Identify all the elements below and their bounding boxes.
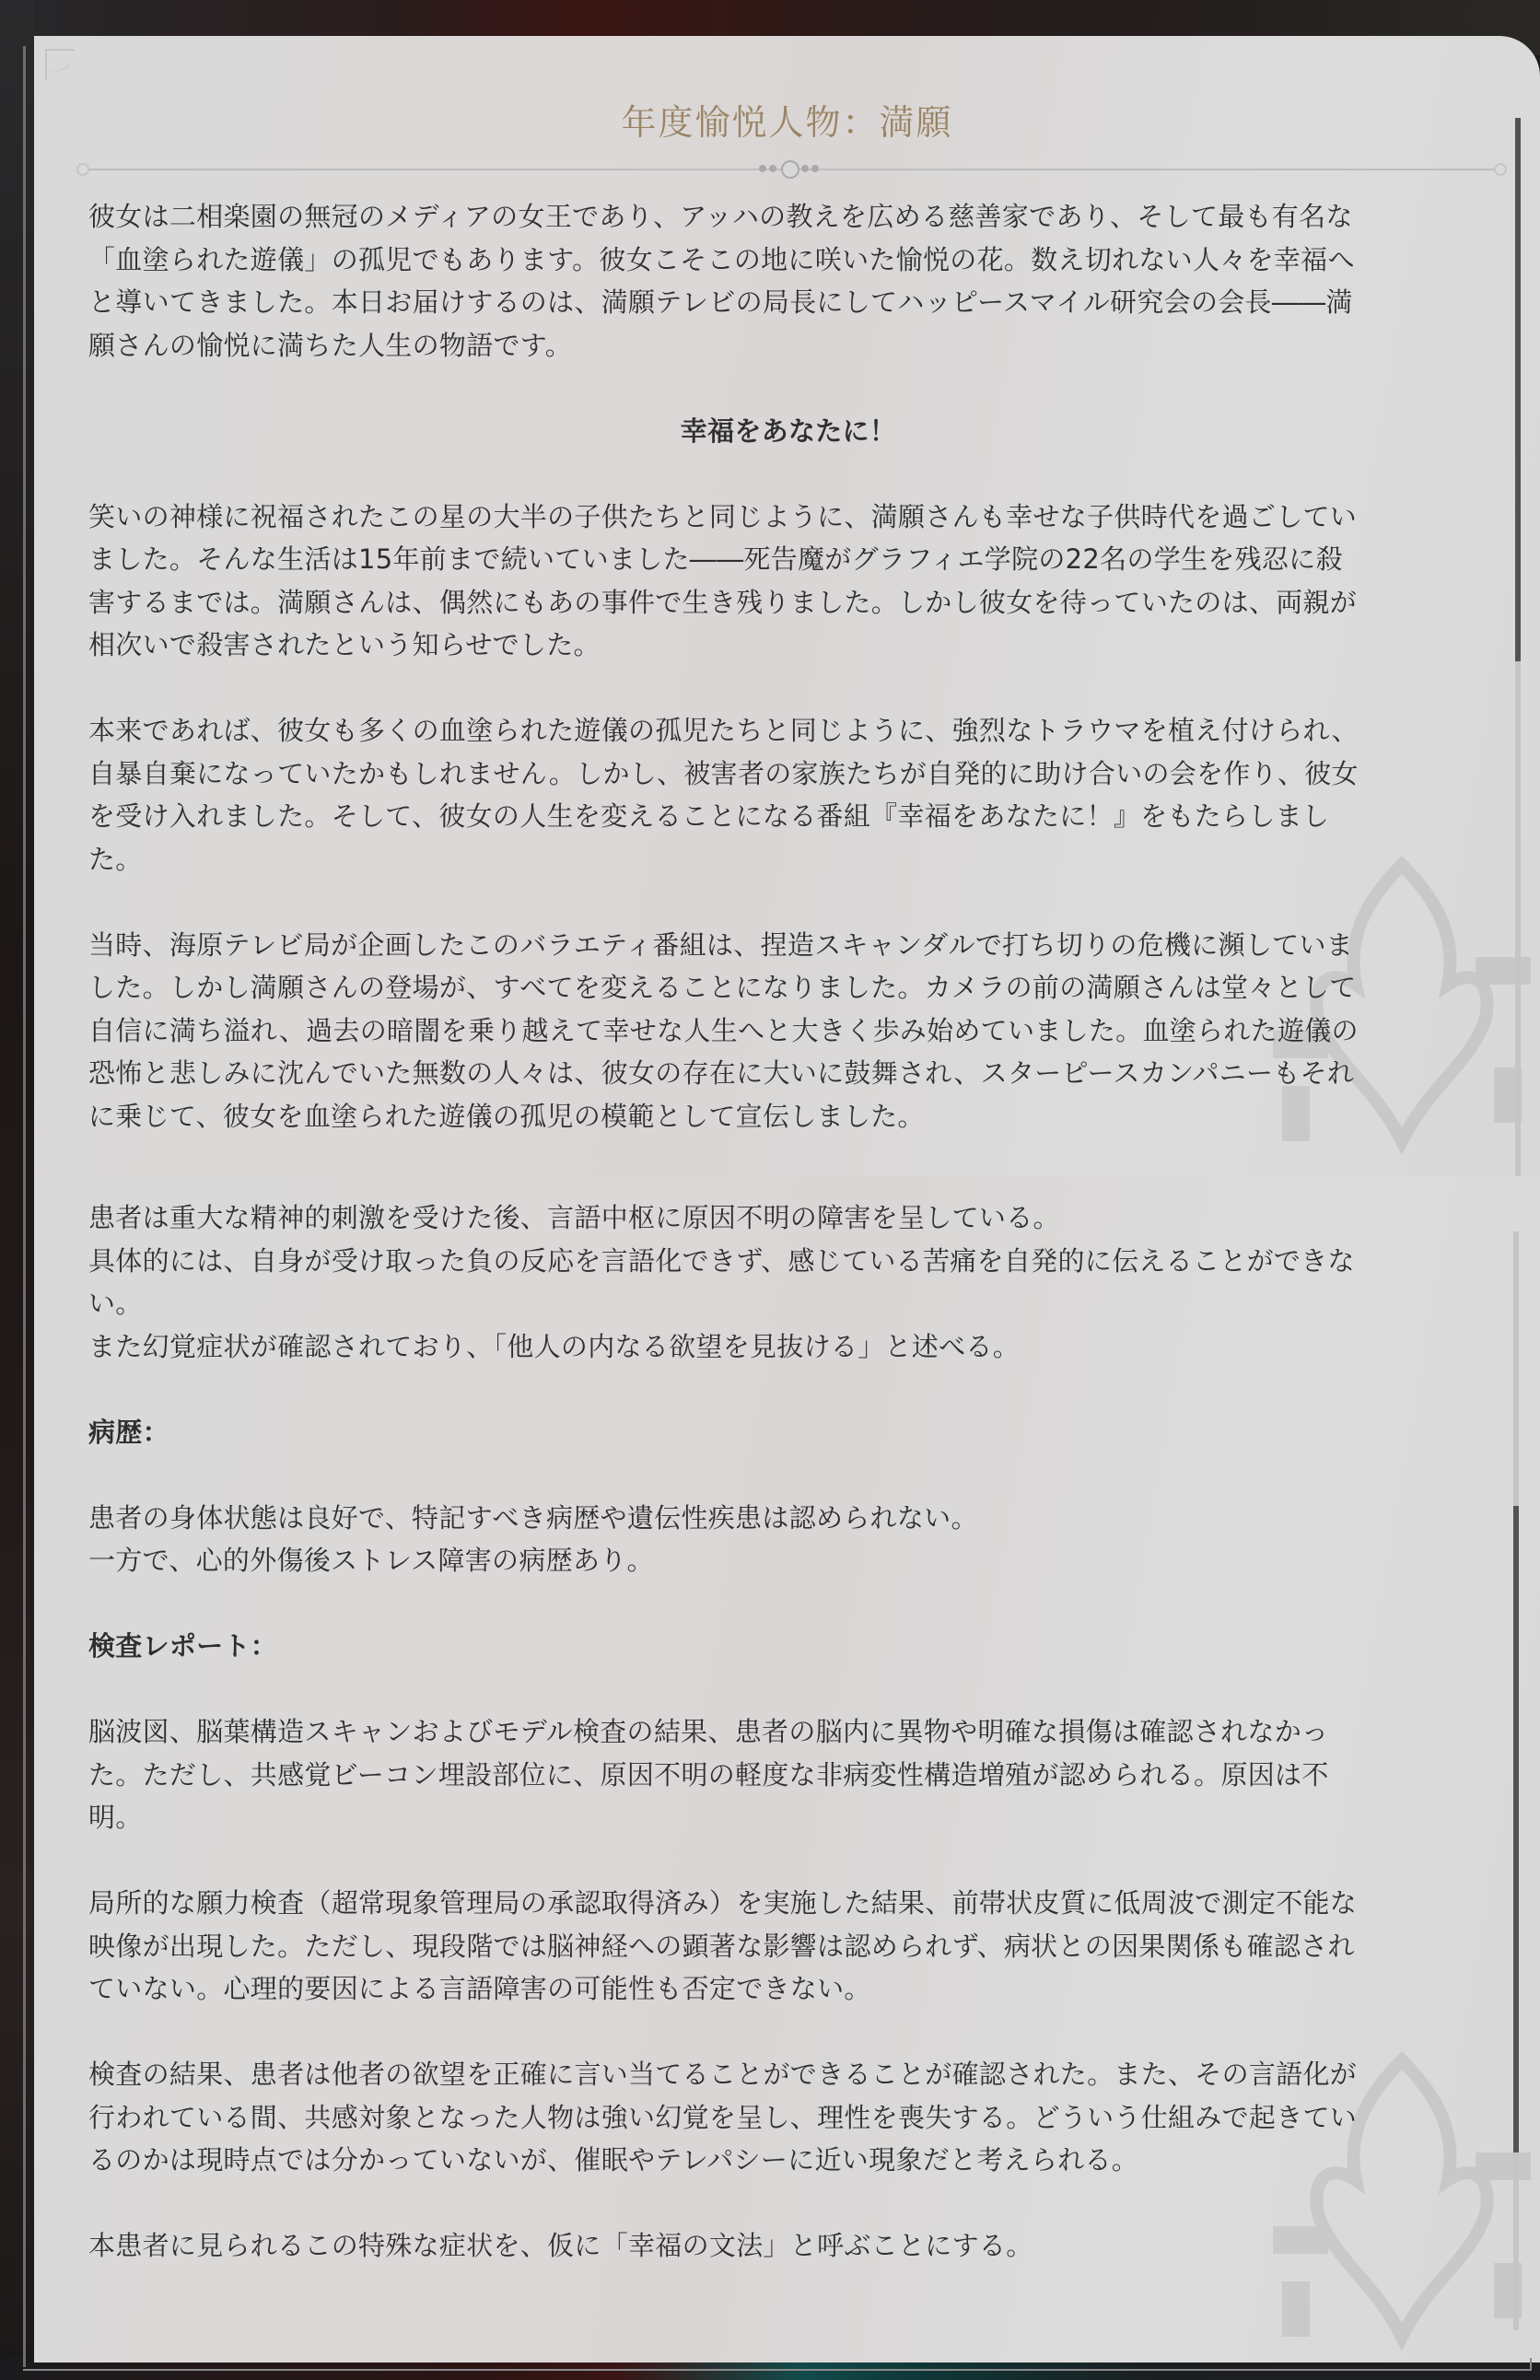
text-line: 自暴自棄になっていたかもしれません。しかし、被害者の家族たちが自発的に助け合いの… xyxy=(88,752,1488,796)
frame-border-left xyxy=(23,46,26,2367)
divider-end-right-icon xyxy=(1494,163,1507,176)
text-line: 笑いの神様に祝福されたこの星の大半の子供たちと同じように、満願さんも幸せな子供時… xyxy=(88,496,1488,539)
corner-ornament-icon xyxy=(45,49,75,80)
text-line: 当時、海原テレビ局が企画したこのバラエティ番組は、捏造スキャンダルで打ち切りの危… xyxy=(88,924,1488,967)
divider-ornament-icon xyxy=(781,160,799,179)
text-line: 患者の身体状態は良好で、特記すべき病歴や遺伝性疾患は認められない。 xyxy=(88,1497,1488,1540)
text-line: また幻覚症状が確認されており、「他人の内なる欲望を見抜ける」と述べる。 xyxy=(88,1325,1488,1369)
text-line: 本来であれば、彼女も多くの血塗られた遊儀の孤児たちと同じように、強烈なトラウマを… xyxy=(88,709,1488,752)
divider-dot-icon xyxy=(811,165,819,172)
divider-dot-icon xyxy=(759,165,766,172)
text-line: に乗じて、彼女を血塗られた遊儀の孤児の模範として宣伝しました。 xyxy=(88,1095,1488,1138)
background-left xyxy=(0,0,34,2380)
scrollbar-thumb[interactable] xyxy=(1513,1506,1519,2152)
article-body: 彼女は二相楽園の無冠のメディアの女王であり、アッハの教えを広める慈善家であり、そ… xyxy=(88,195,1488,1137)
text-line: した。しかし満願さんの登場が、すべてを変えることになりました。カメラの前の満願さ… xyxy=(88,966,1488,1009)
text-line: 願さんの愉悦に満ちた人生の物語です。 xyxy=(88,324,1488,367)
title-divider xyxy=(80,169,1503,170)
section-heading: 幸福をあなたに！ xyxy=(88,410,1488,453)
text-line: 具体的には、自身が受け取った負の反応を言語化できず、感じている苦痛を自発的に伝え… xyxy=(88,1240,1488,1283)
text-line: を受け入れました。そして、彼女の人生を変えることになる番組『幸福をあなたに！』を… xyxy=(88,795,1488,838)
text-line: 行われている間、共感対象となった人物は強い幻覚を呈し、理性を喪失する。どういう仕… xyxy=(88,2096,1488,2140)
text-line: 恐怖と悲しみに沈んでいた無数の人々は、彼女の存在に大いに鼓舞され、スターピースカ… xyxy=(88,1052,1488,1095)
paragraph-childhood: 笑いの神様に祝福されたこの星の大半の子供たちと同じように、満願さんも幸せな子供時… xyxy=(88,496,1488,667)
divider-dot-icon xyxy=(801,165,809,172)
text-line: 自信に満ち溢れ、過去の暗闇を乗り越えて幸せな人生へと大きく歩み始めていました。血… xyxy=(88,1009,1488,1053)
intro-paragraph: 彼女は二相楽園の無冠のメディアの女王であり、アッハの教えを広める慈善家であり、そ… xyxy=(88,195,1488,367)
exam-paragraph-1: 脳波図、脳葉構造スキャンおよびモデル検査の結果、患者の脳内に異物や明確な損傷は確… xyxy=(88,1710,1488,1839)
text-line: 相次いで殺害されたという知らせでした。 xyxy=(88,624,1488,667)
history-heading: 病歴： xyxy=(88,1411,1488,1454)
paragraph-trauma: 本来であれば、彼女も多くの血塗られた遊儀の孤児たちと同じように、強烈なトラウマを… xyxy=(88,709,1488,881)
text-line: 本患者に見られるこの特殊な症状を、仮に「幸福の文法」と呼ぶことにする。 xyxy=(88,2224,1488,2268)
divider-dot-icon xyxy=(769,165,776,172)
text-line: た。 xyxy=(88,838,1488,881)
text-line: るのかは現時点では分かっていないが、催眠やテレパシーに近い現象だと考えられる。 xyxy=(88,2139,1488,2182)
text-line: 検査の結果、患者は他者の欲望を正確に言い当てることができることが確認された。また… xyxy=(88,2053,1488,2096)
text-line: 「血塗られた遊儀」の孤児でもあります。彼女こそこの地に咲いた愉悦の花。数え切れな… xyxy=(88,239,1488,282)
conclusion-paragraph: 本患者に見られるこの特殊な症状を、仮に「幸福の文法」と呼ぶことにする。 xyxy=(88,2224,1488,2268)
history-paragraph: 患者の身体状態は良好で、特記すべき病歴や遺伝性疾患は認められない。 一方で、心的… xyxy=(88,1497,1488,1582)
text-line: 映像が出現した。ただし、現段階では脳神経への顕著な影響は認められず、病状との因果… xyxy=(88,1925,1488,1968)
text-line: ました。そんな生活は15年前まで続いていました――死告魔がグラフィエ学院の22名… xyxy=(88,538,1488,581)
text-line: 患者は重大な精神的刺激を受けた後、言語中枢に原因不明の障害を呈している。 xyxy=(88,1196,1488,1240)
frame-border-bottom xyxy=(23,2369,1532,2371)
exam-heading: 検査レポート： xyxy=(88,1625,1488,1668)
text-line: た。ただし、共感覚ビーコン埋設部位に、原因不明の軽度な非病変性構造増殖が認められ… xyxy=(88,1754,1488,1797)
text-line: と導いてきました。本日お届けするのは、満願テレビの局長にしてハッピースマイル研究… xyxy=(88,281,1488,324)
report-body: 患者は重大な精神的刺激を受けた後、言語中枢に原因不明の障害を呈している。 具体的… xyxy=(88,1196,1488,2268)
article-panel: 年度愉悦人物：満願 彼女は二相楽園の無冠のメディアの女王であり、アッハの教えを広… xyxy=(34,36,1540,1176)
paragraph-tv-show: 当時、海原テレビ局が企画したこのバラエティ番組は、捏造スキャンダルで打ち切りの危… xyxy=(88,924,1488,1138)
scrollbar-thumb[interactable] xyxy=(1515,118,1521,661)
medical-report-panel: 患者は重大な精神的刺激を受けた後、言語中枢に原因不明の障害を呈している。 具体的… xyxy=(34,1176,1540,2362)
text-line: 害するまでは。満願さんは、偶然にもあの事件で生き残りました。しかし彼女を待ってい… xyxy=(88,581,1488,624)
frame-border-corner xyxy=(1530,2358,1532,2371)
text-line: 脳波図、脳葉構造スキャンおよびモデル検査の結果、患者の脳内に異物や明確な損傷は確… xyxy=(88,1710,1488,1754)
text-line: ていない。心理的要因による言語障害の可能性も否定できない。 xyxy=(88,1967,1488,2011)
article-title: 年度愉悦人物：満願 xyxy=(34,95,1540,150)
exam-paragraph-2: 局所的な願力検査（超常現象管理局の承認取得済み）を実施した結果、前帯状皮質に低周… xyxy=(88,1882,1488,2011)
text-line: い。 xyxy=(88,1282,1488,1325)
text-line: 明。 xyxy=(88,1796,1488,1839)
exam-paragraph-3: 検査の結果、患者は他者の欲望を正確に言い当てることができることが確認された。また… xyxy=(88,2053,1488,2182)
symptoms-paragraph: 患者は重大な精神的刺激を受けた後、言語中枢に原因不明の障害を呈している。 具体的… xyxy=(88,1196,1488,1368)
text-line: 彼女は二相楽園の無冠のメディアの女王であり、アッハの教えを広める慈善家であり、そ… xyxy=(88,195,1488,239)
text-line: 局所的な願力検査（超常現象管理局の承認取得済み）を実施した結果、前帯状皮質に低周… xyxy=(88,1882,1488,1925)
text-line: 一方で、心的外傷後ストレス障害の病歴あり。 xyxy=(88,1539,1488,1582)
divider-end-left-icon xyxy=(76,163,89,176)
